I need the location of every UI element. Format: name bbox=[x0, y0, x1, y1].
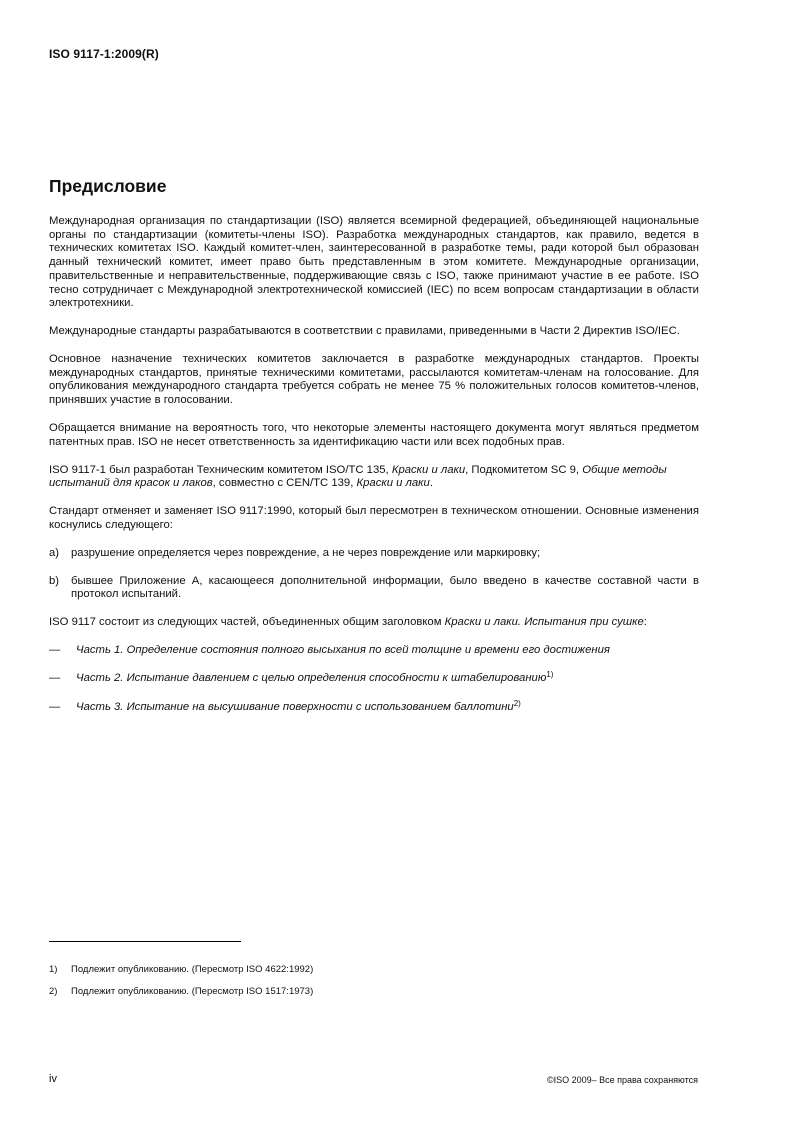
footnote-number: 1) bbox=[49, 964, 71, 975]
paragraph-iso-organization: Международная организация по стандартиза… bbox=[49, 215, 699, 311]
footnote-divider bbox=[49, 941, 241, 942]
part-title: Часть 2. Испытание давлением с целью опр… bbox=[76, 672, 546, 684]
change-item: a) разрушение определяется через поврежд… bbox=[49, 547, 699, 561]
part-title: Часть 3. Испытание на высушивание поверх… bbox=[76, 701, 514, 713]
paragraph-parts-intro: ISO 9117 состоит из следующих частей, об… bbox=[49, 616, 699, 630]
text: , Подкомитетом SC 9, bbox=[465, 464, 582, 476]
copyright-notice: ©ISO 2009– Все права сохраняются bbox=[547, 1075, 698, 1085]
footnote-text: Подлежит опубликованию. (Пересмотр ISO 4… bbox=[71, 964, 313, 975]
part-text: Часть 1. Определение состояния полного в… bbox=[76, 644, 699, 658]
text: ISO 9117-1 был разработан Техническим ко… bbox=[49, 464, 392, 476]
part-item: — Часть 1. Определение состояния полного… bbox=[49, 644, 699, 658]
dash-marker: — bbox=[49, 672, 76, 686]
footnote-ref[interactable]: 2) bbox=[514, 699, 521, 708]
part-title: Часть 1. Определение состояния полного в… bbox=[76, 644, 610, 656]
footnote-ref[interactable]: 1) bbox=[546, 670, 553, 679]
footnote-number: 2) bbox=[49, 986, 71, 997]
dash-marker: — bbox=[49, 644, 76, 658]
document-id: ISO 9117-1:2009(R) bbox=[49, 47, 159, 61]
text: , совместно с CEN/TC 139, bbox=[213, 477, 357, 489]
foreword-body: Международная организация по стандартиза… bbox=[49, 215, 699, 729]
italic-title: Краски и лаки bbox=[392, 464, 465, 476]
part-text: Часть 2. Испытание давлением с целью опр… bbox=[76, 672, 699, 686]
text: : bbox=[644, 616, 647, 628]
footnote: 1) Подлежит опубликованию. (Пересмотр IS… bbox=[49, 964, 313, 975]
page-number: iv bbox=[49, 1073, 57, 1085]
part-item: — Часть 2. Испытание давлением с целью о… bbox=[49, 672, 699, 686]
list-marker: b) bbox=[49, 575, 71, 602]
list-text: разрушение определяется через повреждени… bbox=[71, 547, 699, 561]
footnotes: 1) Подлежит опубликованию. (Пересмотр IS… bbox=[49, 964, 313, 1008]
paragraph-patent-rights: Обращается внимание на вероятность того,… bbox=[49, 422, 699, 449]
dash-marker: — bbox=[49, 701, 76, 715]
part-text: Часть 3. Испытание на высушивание поверх… bbox=[76, 701, 699, 715]
document-page: ISO 9117-1:2009(R) Предисловие Междунаро… bbox=[0, 0, 793, 1122]
footnote-text: Подлежит опубликованию. (Пересмотр ISO 1… bbox=[71, 986, 313, 997]
footnote: 2) Подлежит опубликованию. (Пересмотр IS… bbox=[49, 986, 313, 997]
paragraph-committees: Основное назначение технических комитето… bbox=[49, 353, 699, 408]
paragraph-directives: Международные стандарты разрабатываются … bbox=[49, 325, 699, 339]
text: ISO 9117 состоит из следующих частей, об… bbox=[49, 616, 445, 628]
paragraph-replaces: Стандарт отменяет и заменяет ISO 9117:19… bbox=[49, 505, 699, 532]
list-text: бывшее Приложение А, касающееся дополнит… bbox=[71, 575, 699, 602]
list-marker: a) bbox=[49, 547, 71, 561]
page-title: Предисловие bbox=[49, 176, 166, 197]
text: . bbox=[430, 477, 433, 489]
italic-title: Краски и лаки bbox=[356, 477, 429, 489]
italic-title: Краски и лаки. Испытания при сушке bbox=[445, 616, 644, 628]
change-item: b) бывшее Приложение А, касающееся допол… bbox=[49, 575, 699, 602]
part-item: — Часть 3. Испытание на высушивание пове… bbox=[49, 701, 699, 715]
paragraph-prepared-by: ISO 9117-1 был разработан Техническим ко… bbox=[49, 464, 699, 491]
